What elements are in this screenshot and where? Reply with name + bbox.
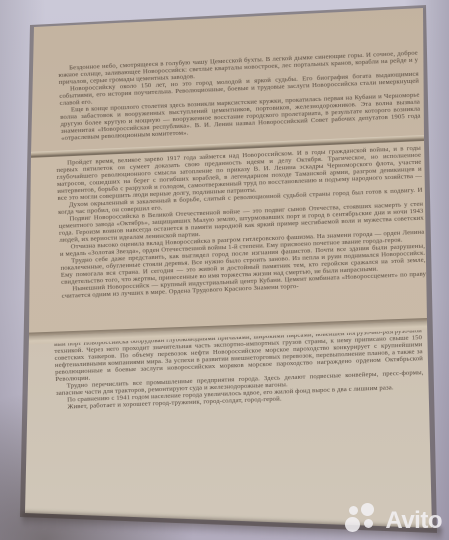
text-block-top: Бездонное небо, смотрящееся в голубую ча…: [58, 50, 421, 142]
avito-watermark: Avito: [345, 503, 442, 534]
text-block-middle: Пройдет время, великое зарево 1917 года …: [56, 145, 427, 300]
text-block-bottom: вый порт Новороссийска оборудован глубок…: [54, 327, 424, 411]
avito-wordmark: Avito: [385, 508, 442, 534]
photo: Бездонное небо, смотрящееся в голубую ча…: [0, 0, 449, 540]
avito-logo-icon: [345, 503, 380, 534]
